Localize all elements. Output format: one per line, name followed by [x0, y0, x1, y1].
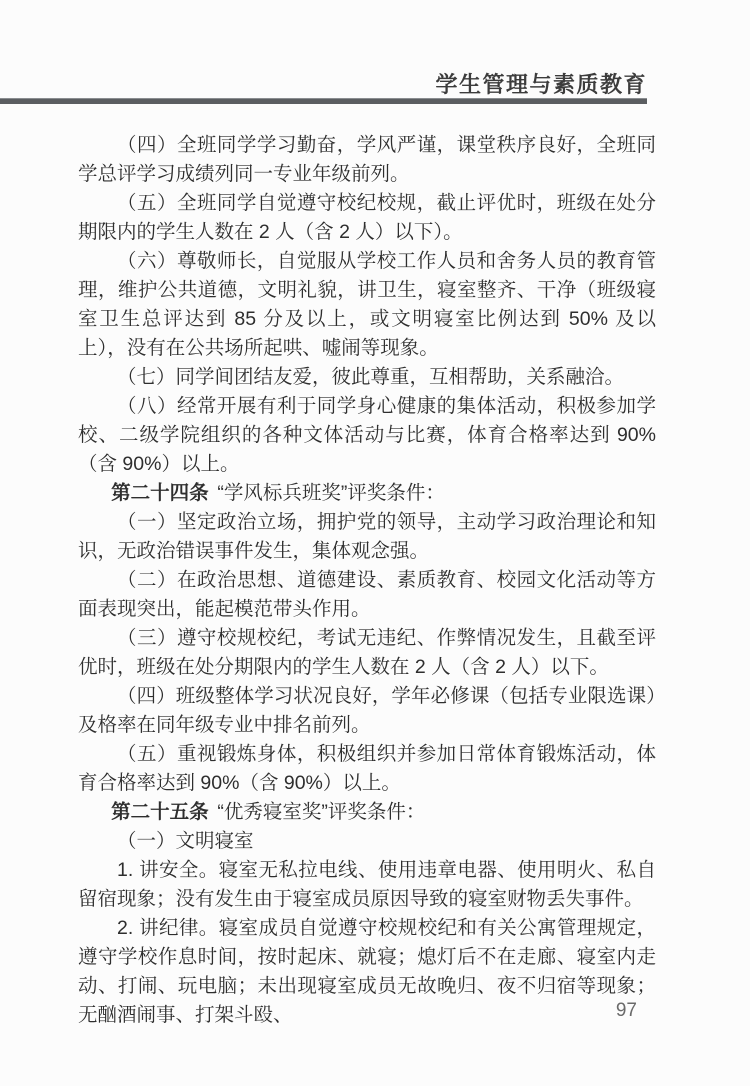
paragraph: （四）全班同学学习勤奋，学风严谨，课堂秩序良好，全班同学总评学习成绩列同一专业年…	[78, 131, 656, 189]
paragraph: （三）遵守校规校纪，考试无违纪、作弊情况发生，且截至评优时，班级在处分期限内的学…	[78, 624, 656, 682]
paragraph: 1. 讲安全。寝室无私拉电线、使用违章电器、使用明火、私自留宿现象；没有发生由于…	[78, 856, 656, 914]
paragraph: （七）同学间团结友爱，彼此尊重，互相帮助，关系融洽。	[78, 363, 656, 392]
document-body: （四）全班同学学习勤奋，学风严谨，课堂秩序良好，全班同学总评学习成绩列同一专业年…	[78, 131, 656, 1030]
article-number: 第二十四条	[111, 482, 209, 504]
paragraph: （二）在政治思想、道德建设、素质教育、校园文化活动等方面表现突出，能起模范带头作…	[78, 566, 656, 624]
paragraph: （八）经常开展有利于同学身心健康的集体活动，积极参加学校、二级学院组织的各种文体…	[78, 392, 656, 479]
article-heading: 第二十四条“学风标兵班奖”评奖条件：	[78, 479, 656, 508]
paragraph: （四）班级整体学习状况良好，学年必修课（包括专业限选课）及格率在同年级专业中排名…	[78, 682, 656, 740]
paragraph: （一）文明寝室	[78, 827, 656, 856]
header-rule-divider	[0, 98, 647, 104]
article-heading-text: “优秀寝室奖”评奖条件：	[217, 801, 425, 823]
paragraph: （五）全班同学自觉遵守校纪校规，截止评优时，班级在处分期限内的学生人数在 2 人…	[78, 189, 656, 247]
article-heading: 第二十五条“优秀寝室奖”评奖条件：	[78, 798, 656, 827]
page-header-title: 学生管理与素质教育	[0, 68, 647, 99]
article-number: 第二十五条	[111, 801, 209, 823]
page-number: 97	[0, 1000, 637, 1022]
article-heading-text: “学风标兵班奖”评奖条件：	[217, 482, 445, 504]
paragraph: （五）重视锻炼身体，积极组织并参加日常体育锻炼活动，体育合格率达到 90%（含 …	[78, 740, 656, 798]
paragraph: （一）坚定政治立场，拥护党的领导，主动学习政治理论和知识，无政治错误事件发生，集…	[78, 508, 656, 566]
paragraph: （六）尊敬师长，自觉服从学校工作人员和舍务人员的教育管理，维护公共道德，文明礼貌…	[78, 247, 656, 363]
